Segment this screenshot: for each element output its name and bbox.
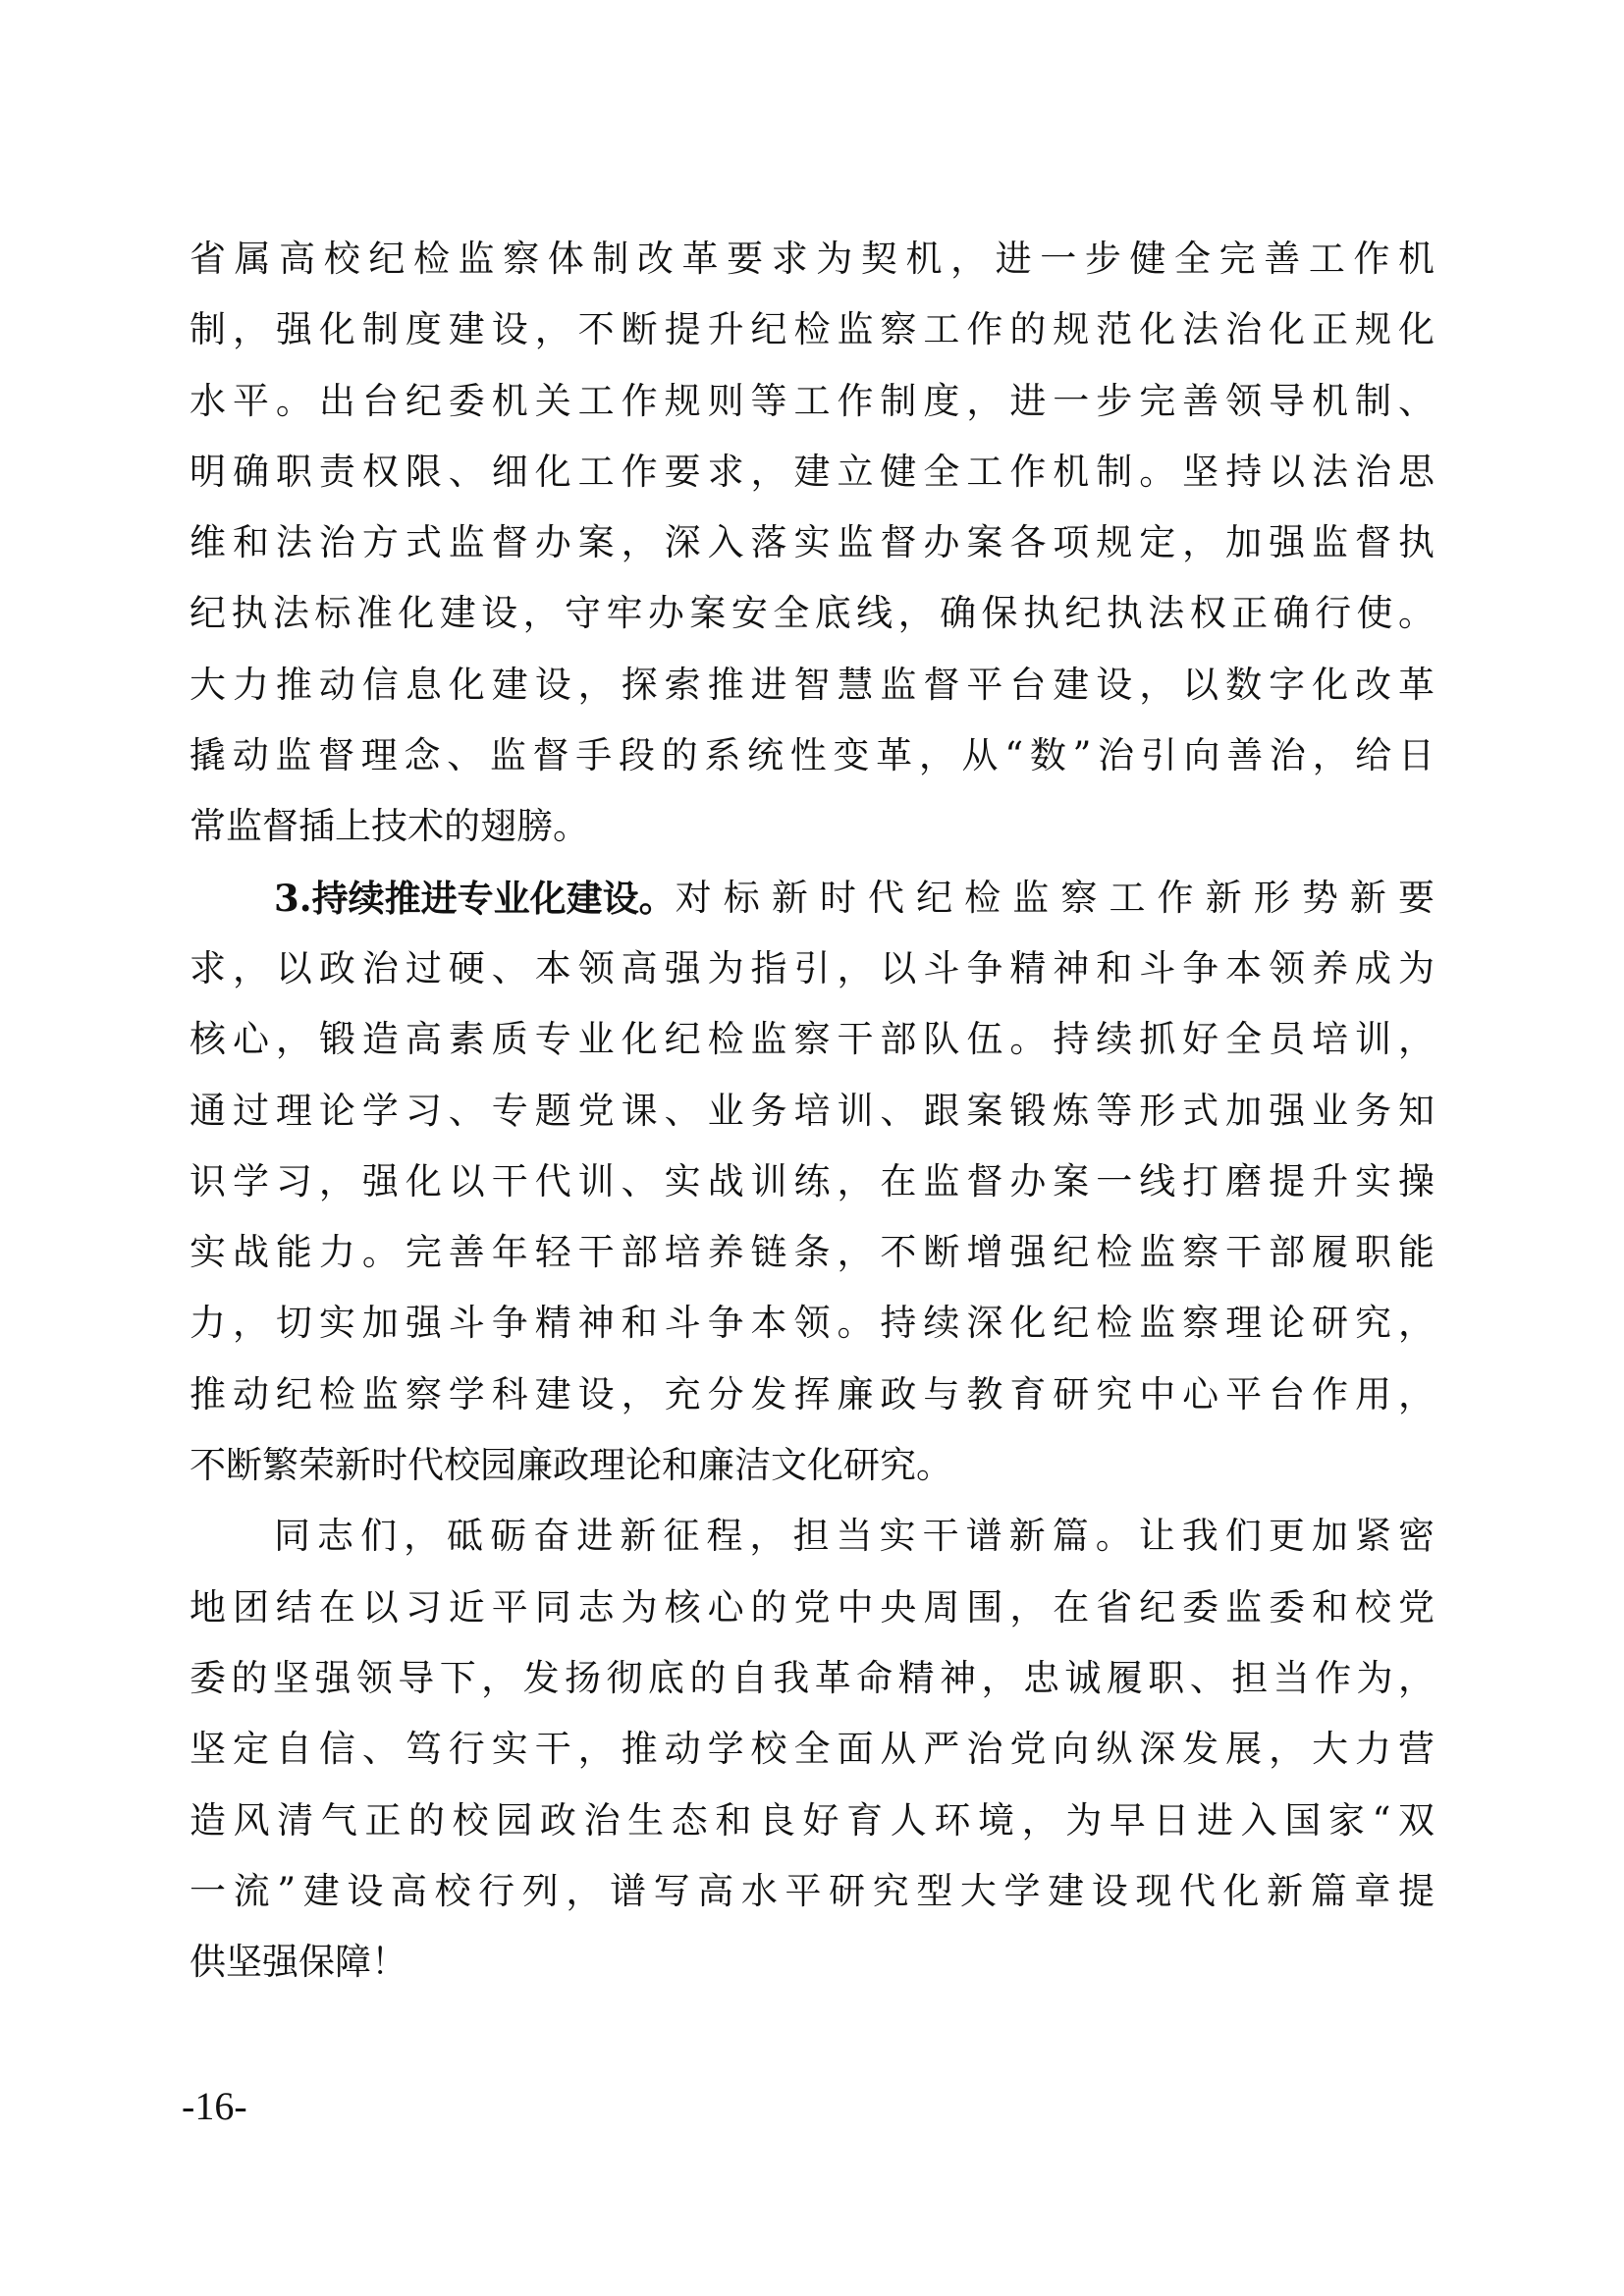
text-line: 地团结在以习近平同志为核心的党中央周围，在省纪委监委和校党 (189, 1580, 1435, 1651)
text-line: 力，切实加强斗争精神和斗争本领。持续深化纪检监察理论研究， (189, 1296, 1435, 1366)
text-line: 纪执法标准化建设，守牢办案安全底线，确保执纪执法权正确行使。 (189, 586, 1435, 657)
body-text: 省属高校纪检监察体制改革要求为契机，进一步健全完善工作机 制，强化制度建设，不断… (189, 232, 1435, 2005)
text-line: 求，以政治过硬、本领高强为指引，以斗争精神和斗争本领养成为 (189, 941, 1435, 1012)
text-line: 同志们，砥砺奋进新征程，担当实干谱新篇。让我们更加紧密 (189, 1509, 1435, 1579)
text-line: 坚定自信、笃行实干，推动学校全面从严治党向纵深发展，大力营 (189, 1722, 1435, 1792)
text-line: 明确职责权限、细化工作要求，建立健全工作机制。坚持以法治思 (189, 445, 1435, 515)
page-number: -16- (182, 2083, 247, 2129)
document-page: 省属高校纪检监察体制改革要求为契机，进一步健全完善工作机 制，强化制度建设，不断… (0, 0, 1624, 2296)
paragraph-institutional-building: 省属高校纪检监察体制改革要求为契机，进一步健全完善工作机 制，强化制度建设，不断… (189, 232, 1435, 871)
text-line: 推动纪检监察学科建设，充分发挥廉政与教育研究中心平台作用， (189, 1367, 1435, 1438)
text-line: 省属高校纪检监察体制改革要求为契机，进一步健全完善工作机 (189, 232, 1435, 302)
text-line: 识学习，强化以干代训、实战训练，在监督办案一线打磨提升实操 (189, 1154, 1435, 1225)
text-line: 核心，锻造高素质专业化纪检监察干部队伍。持续抓好全员培训， (189, 1012, 1435, 1083)
text-line: 大力推动信息化建设，探索推进智慧监督平台建设，以数字化改革 (189, 658, 1435, 728)
text-line: 委的坚强领导下，发扬彻底的自我革命精神，忠诚履职、担当作为， (189, 1651, 1435, 1722)
text-line: 通过理论学习、专题党课、业务培训、跟案锻炼等形式加强业务知 (189, 1084, 1435, 1154)
text-line: 水平。出台纪委机关工作规则等工作制度，进一步完善领导机制、 (189, 374, 1435, 445)
text-line: 3.持续推进专业化建设。 对标新时代纪检监察工作新形势新要 (189, 871, 1435, 941)
text-line: 不断繁荣新时代校园廉政理论和廉洁文化研究。 (189, 1438, 1435, 1509)
text-line: 维和法治方式监督办案，深入落实监督办案各项规定，加强监督执 (189, 515, 1435, 586)
text-run: 对标新时代纪检监察工作新形势新要 (676, 871, 1435, 941)
text-line: 供坚强保障！ (189, 1935, 1435, 2005)
text-line: 制，强化制度建设，不断提升纪检监察工作的规范化法治化正规化 (189, 302, 1435, 373)
paragraph-professional-building: 3.持续推进专业化建设。 对标新时代纪检监察工作新形势新要 求，以政治过硬、本领… (189, 871, 1435, 1510)
text-line: 一流”建设高校行列，谱写高水平研究型大学建设现代化新篇章提 (189, 1864, 1435, 1935)
text-line: 实战能力。完善年轻干部培养链条，不断增强纪检监察干部履职能 (189, 1225, 1435, 1296)
paragraph-closing: 同志们，砥砺奋进新征程，担当实干谱新篇。让我们更加紧密 地团结在以习近平同志为核… (189, 1509, 1435, 2005)
text-line: 撬动监督理念、监督手段的系统性变革，从“数”治引向善治，给日 (189, 728, 1435, 799)
text-line: 常监督插上技术的翅膀。 (189, 799, 1435, 870)
section-heading: 3.持续推进专业化建设。 (274, 871, 676, 941)
text-line: 造风清气正的校园政治生态和良好育人环境，为早日进入国家“双 (189, 1793, 1435, 1864)
